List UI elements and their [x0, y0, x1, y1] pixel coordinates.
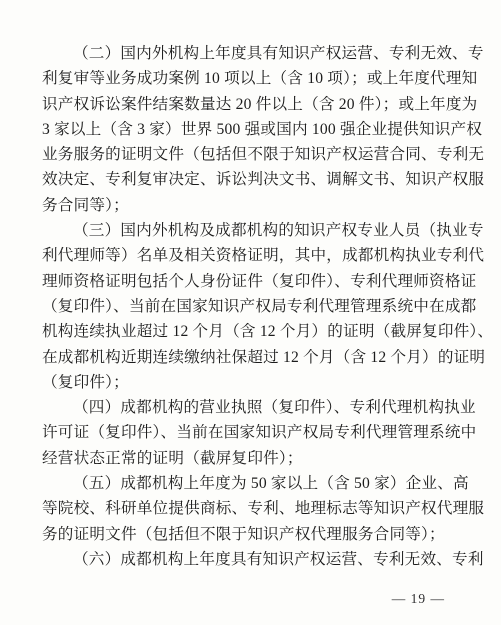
text-line: 利复审等业务成功案例 10 项以上（含 10 项）；或上年度代理知: [42, 66, 461, 91]
text-line: 理师资格证明包括个人身份证件（复印件）、专利代理师资格证: [42, 269, 461, 294]
text-line: 许可证（复印件）、当前在国家知识产权局专利代理管理系统中: [42, 420, 461, 445]
document-body: （二）国内外机构上年度具有知识产权运营、专利无效、专利复审等业务成功案例 10 …: [42, 41, 461, 572]
text-line: 效决定、专利复审决定、诉讼判决文书、调解文书、知识产权服: [42, 167, 461, 192]
text-line: 在成都机构近期连续缴纳社保超过 12 个月（含 12 个月）的证明: [42, 345, 461, 370]
text-line: （复印件）、当前在国家知识产权局专利代理管理系统中在成都: [42, 294, 461, 319]
text-line: （五）成都机构上年度为 50 家以上（含 50 家）企业、高: [42, 471, 461, 496]
text-line: 务合同等）；: [42, 193, 461, 218]
text-line: 业务服务的证明文件（包括但不限于知识产权运营合同、专利无: [42, 142, 461, 167]
text-line: （二）国内外机构上年度具有知识产权运营、专利无效、专: [42, 41, 461, 66]
text-line: （复印件）；: [42, 370, 461, 395]
text-line: 利代理师等）名单及相关资格证明，其中，成都机构执业专利代: [42, 243, 461, 268]
text-line: 等院校、科研单位提供商标、专利、地理标志等知识产权代理服: [42, 496, 461, 521]
text-line: （三）国内外机构及成都机构的知识产权专业人员（执业专: [42, 218, 461, 243]
text-line: （六）成都机构上年度具有知识产权运营、专利无效、专利: [42, 547, 461, 572]
text-line: 经营状态正常的证明（截屏复印件）；: [42, 446, 461, 471]
text-line: 务的证明文件（包括但不限于知识产权代理服务合同等）；: [42, 522, 461, 547]
page-number: — 19 —: [392, 591, 445, 607]
text-line: 识产权诉讼案件结案数量达 20 件以上（含 20 件）；或上年度为: [42, 92, 461, 117]
document-page: （二）国内外机构上年度具有知识产权运营、专利无效、专利复审等业务成功案例 10 …: [0, 0, 501, 625]
text-line: 3 家以上（含 3 家）世界 500 强或国内 100 强企业提供知识产权: [42, 117, 461, 142]
text-line: （四）成都机构的营业执照（复印件）、专利代理机构执业: [42, 395, 461, 420]
text-line: 机构连续执业超过 12 个月（含 12 个月）的证明（截屏复印件）、: [42, 319, 461, 344]
